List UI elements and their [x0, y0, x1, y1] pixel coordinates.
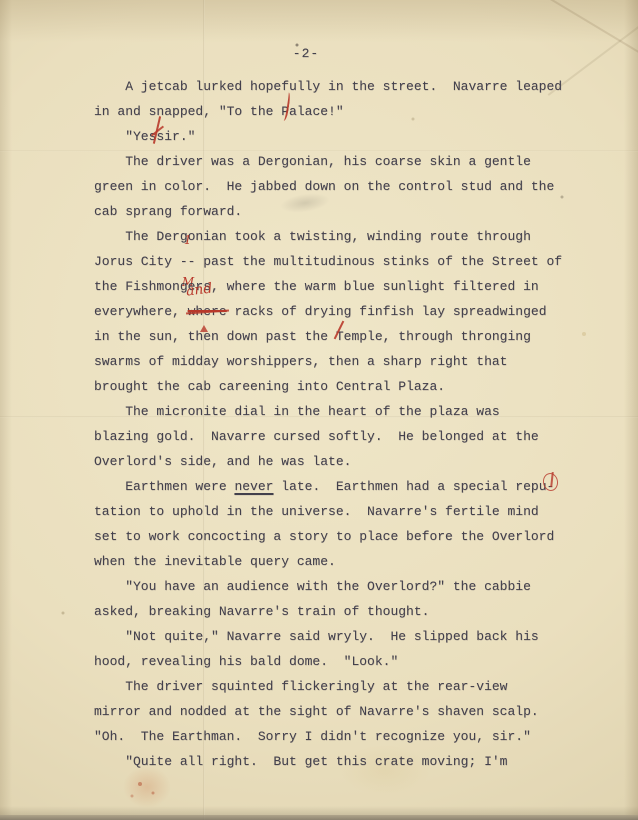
text-segment: Overlord's side, and he was late. [94, 449, 351, 474]
manuscript-line: "You have an audience with the Overlord?… [94, 574, 572, 599]
text-segment: emple, through thronging [344, 324, 531, 349]
proof-mark-slash: T [336, 324, 344, 349]
text-segment: late. Earthmen had a special repu [273, 474, 546, 499]
typewritten-text-block: A jetcab lurked hopefully in the street.… [94, 74, 572, 774]
text-segment: The Dergonian took a twisting, winding r… [94, 224, 531, 249]
proof-mark-circle: - [547, 474, 555, 499]
manuscript-line: set to work concocting a story to place … [94, 524, 572, 549]
text-segment: mirror and nodded at the sight of Navarr… [94, 699, 539, 724]
text-segment: in the sun, then down past the [94, 324, 336, 349]
text-segment: blazing gold. Navarre cursed softly. He … [94, 424, 539, 449]
text-segment: swarms of midday worshippers, then a sha… [94, 349, 507, 374]
text-segment: the Fishmongers, where the warm blue sun… [94, 274, 539, 299]
text-segment: Earthmen were [94, 474, 234, 499]
manuscript-line: The Dergonian took a twisting, winding r… [94, 224, 572, 249]
proof-mark-replace: whereand [188, 299, 227, 324]
text-segment: alace!" [289, 99, 344, 124]
page-number: -2- [0, 46, 612, 61]
manuscript-line: "Oh. The Earthman. Sorry I didn't recogn… [94, 724, 572, 749]
dust-specks [0, 0, 2, 2]
proof-mark-xmark: ss [149, 124, 165, 149]
text-segment: "Oh. The Earthman. Sorry I didn't recogn… [94, 724, 531, 749]
text-segment: brought the cab careening into Central P… [94, 374, 445, 399]
text-segment: past the multitudinous stinks of the Str… [195, 249, 562, 274]
text-segment: A jetcab lurked hopefully in the street.… [94, 74, 562, 99]
proof-mark-underline: never [234, 474, 273, 499]
text-segment: hood, revealing his bald dome. "Look." [94, 649, 398, 674]
text-segment: green in color. He jabbed down on the co… [94, 174, 554, 199]
text-segment: in and snapped, "To the [94, 99, 281, 124]
manuscript-line: brought the cab careening into Central P… [94, 374, 572, 399]
manuscript-line: A jetcab lurked hopefully in the street.… [94, 74, 572, 99]
text-segment: "Ye [94, 124, 149, 149]
manuscript-line: blazing gold. Navarre cursed softly. He … [94, 424, 572, 449]
text-segment: tation to uphold in the universe. Navarr… [94, 499, 539, 524]
manuscript-line: "Yessir." [94, 124, 572, 149]
manuscript-line: when the inevitable query came. [94, 549, 572, 574]
text-segment: when the inevitable query came. [94, 549, 336, 574]
text-segment: "You have an audience with the Overlord?… [94, 574, 531, 599]
paper-bottom-edge [0, 815, 638, 820]
manuscript-line: The driver squinted flickeringly at the … [94, 674, 572, 699]
text-segment: set to work concocting a story to place … [94, 524, 554, 549]
text-segment: "Quite all right. But get this crate mov… [94, 749, 507, 774]
manuscript-line: mirror and nodded at the sight of Navarr… [94, 699, 572, 724]
manuscript-line: hood, revealing his bald dome. "Look." [94, 649, 572, 674]
manuscript-line: in and snapped, "To the Palace!" [94, 99, 572, 124]
manuscript-line: in the sun, then down past the Temple, t… [94, 324, 572, 349]
manuscript-line: Jorus City --1M past the multitudinous s… [94, 249, 572, 274]
manuscript-line: tation to uphold in the universe. Navarr… [94, 499, 572, 524]
text-segment: asked, breaking Navarre's train of thoug… [94, 599, 429, 624]
text-segment: The micronite dial in the heart of the p… [94, 399, 500, 424]
manuscript-line: Overlord's side, and he was late. [94, 449, 572, 474]
text-segment: The driver was a Dergonian, his coarse s… [94, 149, 531, 174]
text-segment: The driver squinted flickeringly at the … [94, 674, 507, 699]
manuscript-line: green in color. He jabbed down on the co… [94, 174, 572, 199]
manuscript-line: swarms of midday worshippers, then a sha… [94, 349, 572, 374]
proof-mark-fslash: P [281, 99, 289, 124]
text-segment: racks of drying finfish lay spreadwinged [227, 299, 547, 324]
manuscript-line: everywhere, whereand racks of drying fin… [94, 299, 572, 324]
manuscript-line: "Not quite," Navarre said wryly. He slip… [94, 624, 572, 649]
manuscript-line: The micronite dial in the heart of the p… [94, 399, 572, 424]
text-segment: everywhere, [94, 299, 188, 324]
manuscript-page: -2- A jetcab lurked hopefully in the str… [0, 0, 638, 820]
manuscript-line: cab sprang forward. [94, 199, 572, 224]
text-segment: "Not quite," Navarre said wryly. He slip… [94, 624, 539, 649]
manuscript-line: Earthmen were never late. Earthmen had a… [94, 474, 572, 499]
text-segment: ir." [164, 124, 195, 149]
text-segment: Jorus City [94, 249, 180, 274]
manuscript-line: the Fishmongers, where the warm blue sun… [94, 274, 572, 299]
text-segment: cab sprang forward. [94, 199, 242, 224]
manuscript-line: asked, breaking Navarre's train of thoug… [94, 599, 572, 624]
manuscript-line: The driver was a Dergonian, his coarse s… [94, 149, 572, 174]
manuscript-line: "Quite all right. But get this crate mov… [94, 749, 572, 774]
proof-mark-emdash: --1M [180, 249, 196, 274]
